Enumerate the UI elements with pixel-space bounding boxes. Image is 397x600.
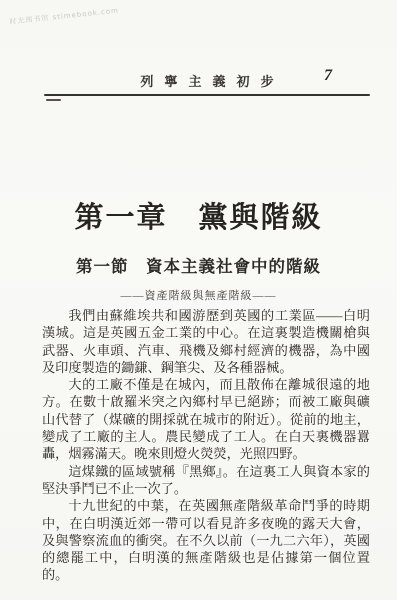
library-watermark: 时光图书馆 stimebook.com: [9, 6, 119, 27]
section-title: 第一節 資本主義社會中的階級: [18, 253, 379, 277]
running-header-title: 列寧主義初步: [44, 71, 370, 90]
chapter-title: 第一章 黨與階級: [18, 195, 379, 236]
paragraph-2: 大的工廠不僅是在城內，而且散佈在離城很遠的地方。在數十啟羅米突之內鄉村早已絕跡；…: [42, 376, 370, 462]
scanned-book-page: 时光图书馆 stimebook.com 列寧主義初步 7 第一章 黨與階級 第一…: [0, 0, 397, 600]
body-text: 我們由蘇維埃共和國游歷到英國的工業區——白明漢城。這是英國五金工業的中心。在這裏…: [42, 307, 370, 584]
paragraph-1: 我們由蘇維埃共和國游歷到英國的工業區——白明漢城。這是英國五金工業的中心。在這裏…: [42, 307, 370, 376]
header-rule: [44, 94, 370, 96]
header-rule-artifact: [46, 99, 61, 101]
paragraph-3: 這煤鐵的區域號稱『黑鄉』。在這裏工人與資本家的堅決爭鬥已不止一次了。: [42, 463, 370, 498]
paragraph-4: 十九世紀的中葉，在英國無產階級革命鬥爭的時期中，在白明漢近郊一帶可以看見許多夜晚…: [42, 497, 370, 583]
page-number: 7: [324, 67, 332, 85]
section-subtitle: ——資產階級與無產階級——: [18, 287, 379, 303]
